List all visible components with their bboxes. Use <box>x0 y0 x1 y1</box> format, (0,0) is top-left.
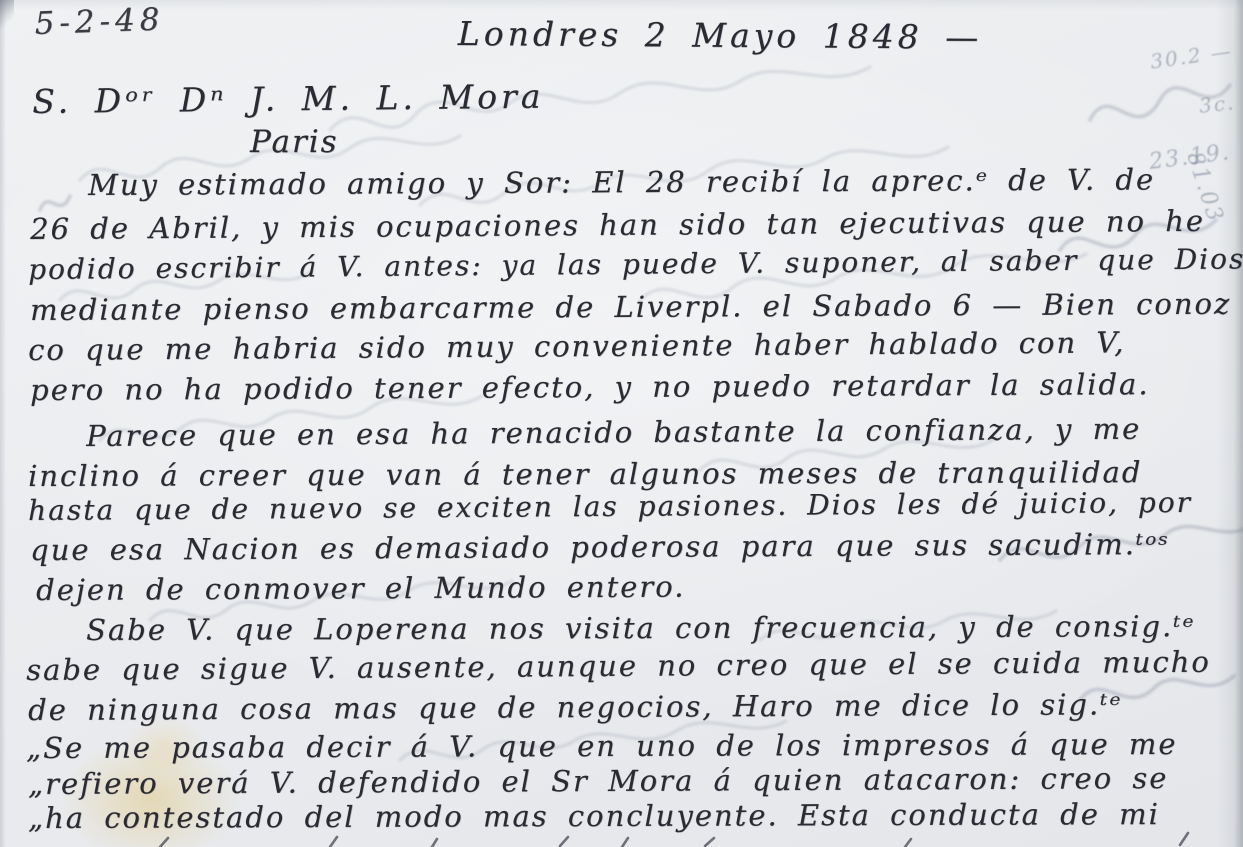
letter-line: que esa Nacion es demasiado poderosa par… <box>30 527 1170 567</box>
letter-line: „Se me pasaba decir á V. que en uno de l… <box>26 727 1178 765</box>
page-edge-shade <box>0 0 14 30</box>
recipient-name: S. Dᵒʳ Dⁿ J. M. L. Mora <box>32 77 545 121</box>
letter-line: mediante pienso embarcarme de Liverpl. e… <box>30 287 1231 327</box>
bleed-number: 30.2 — <box>1149 38 1234 73</box>
letter-line: sabe que sigue V. ausente, aunque no cre… <box>26 645 1211 687</box>
manuscript-page: 30.2 — 3c. 23.19. 81.03 5-2-48 Londres 2… <box>0 0 1243 847</box>
letter-line: dejen de conmover el Mundo entero. <box>36 570 685 607</box>
letter-line: co que me habria sido muy conveniente ha… <box>28 325 1126 367</box>
letter-line: 26 de Abril, y mis ocupaciones han sido … <box>30 204 1205 246</box>
letter-line: podido escribir á V. antes: ya las puede… <box>28 242 1243 286</box>
letter-line: Muy estimado amigo y Sor: El 28 recibí l… <box>88 162 1155 202</box>
letter-line: Parece que en esa ha renacido bastante l… <box>86 412 1141 453</box>
letter-line: „refiero verá V. defendido el Sr Mora á … <box>28 761 1168 801</box>
letter-line: Sabe V. que Loperena nos visita con frec… <box>86 609 1196 647</box>
letter-line: de ninguna cosa mas que de negocios, Har… <box>28 687 1123 727</box>
letter-line: pero no ha podido tener efecto, y no pue… <box>30 367 1150 407</box>
archival-mark: 5-2-48 <box>34 1 165 42</box>
recipient-city: Paris <box>250 124 339 160</box>
bleed-number: 3c. <box>1198 90 1237 118</box>
letter-line: „ha contestado del modo mas concluyente.… <box>28 797 1160 835</box>
dateline: Londres 2 Mayo 1848 — <box>458 14 983 57</box>
letter-line: hasta que de nuevo se exciten las pasion… <box>28 486 1192 527</box>
